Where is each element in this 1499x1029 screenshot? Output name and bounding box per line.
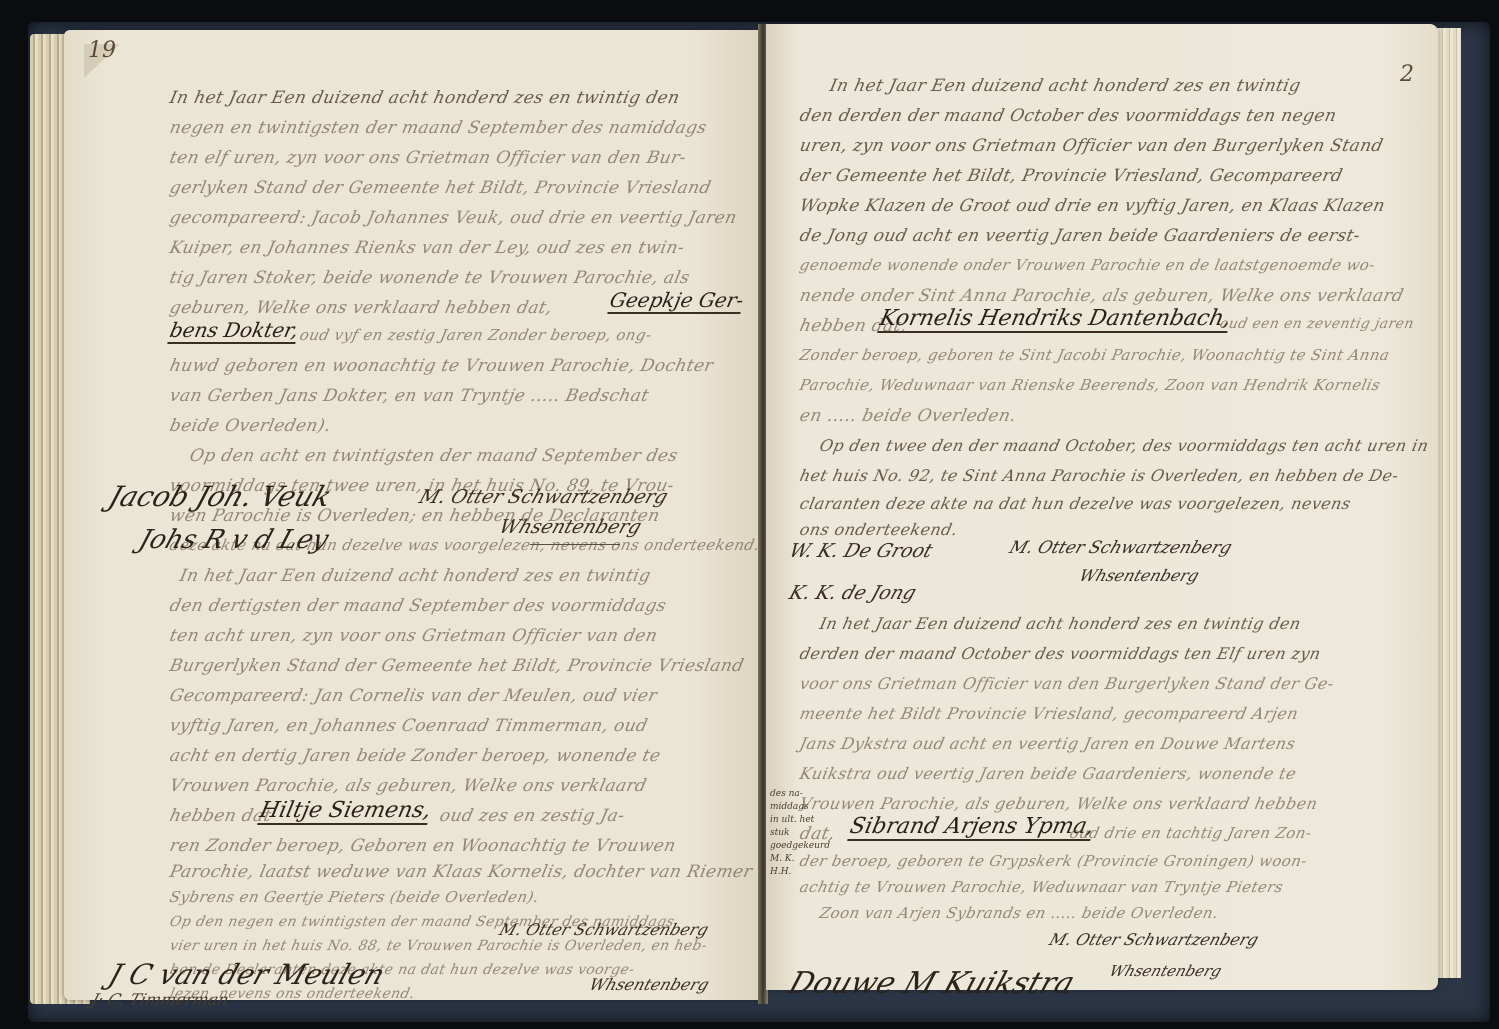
- text-line: gerlyken Stand der Gemeente het Bildt, P…: [168, 178, 713, 198]
- text-line: der Gemeente het Bildt, Provincie Vriesl…: [798, 166, 1345, 186]
- text-line: nende onder Sint Anna Parochie, als gebu…: [798, 286, 1406, 306]
- text-line: Vrouwen Parochie, als geburen, Welke ons…: [168, 776, 649, 796]
- official-signature: M. Otter Schwartzenberg: [1047, 930, 1261, 949]
- text-line: Op den acht en twintigsten der maand Sep…: [188, 446, 680, 466]
- text-line: negen en twintigsten der maand September…: [168, 118, 709, 138]
- margin-note-line: goedgekeurd: [770, 840, 818, 853]
- deceased-name: Geepkje Ger-: [607, 288, 746, 314]
- text-line: tig Jaren Stoker, beide wonende te Vrouw…: [168, 268, 692, 288]
- text-line: oud vyf en zestig Jaren Zonder beroep, o…: [298, 326, 653, 344]
- text-line: huwd geboren en woonachtig te Vrouwen Pa…: [168, 356, 715, 376]
- deceased-name: Hiltje Siemens,: [257, 798, 433, 825]
- deceased-name: Sibrand Arjens Ypma,: [847, 814, 1096, 841]
- witness-signature: Johs R v d Ley: [135, 525, 332, 555]
- text-line: Parochie, laatst weduwe van Klaas Kornel…: [168, 862, 754, 882]
- official-signature: Whsentenberg: [1107, 962, 1224, 980]
- text-line: ren Zonder beroep, Geboren en Woonachtig…: [168, 836, 678, 856]
- text-line: beide Overleden).: [168, 416, 333, 436]
- text-line: vyftig Jaren, en Johannes Coenraad Timme…: [168, 716, 650, 736]
- text-line: Sybrens en Geertje Pieters (beide Overle…: [168, 888, 541, 906]
- text-line: den derden der maand October des voormid…: [798, 106, 1339, 126]
- text-line: van Gerben Jans Dokter, en van Tryntje .…: [168, 386, 651, 406]
- witness-signature: W. K. De Groot: [786, 540, 935, 562]
- text-line: Zonder beroep, geboren te Sint Jacobi Pa…: [798, 346, 1391, 364]
- signature-underline: [530, 544, 620, 545]
- text-line: de Jong oud acht en veertig Jaren beide …: [798, 226, 1362, 246]
- text-line: In het Jaar Een duizend acht honderd zes…: [828, 76, 1303, 96]
- witness-signature: K. K. de Jong: [786, 582, 919, 604]
- text-line: geburen, Welke ons verklaard hebben dat,: [168, 298, 554, 318]
- margin-note-line: H.H.: [770, 866, 818, 879]
- text-line: voor ons Grietman Officier van den Burge…: [798, 674, 1336, 693]
- text-line: genoemde wonende onder Vrouwen Parochie …: [798, 256, 1377, 274]
- text-line: het huis No. 92, te Sint Anna Parochie i…: [798, 466, 1400, 485]
- text-line: ons onderteekend.: [798, 520, 960, 539]
- official-signature: Whsentenberg: [1077, 566, 1202, 585]
- text-line: Kuiper, en Johannes Rienks van der Ley, …: [168, 238, 686, 258]
- margin-note-line: stuk: [770, 827, 818, 840]
- margin-note-line: middags: [770, 801, 818, 814]
- text-line: uren, zyn voor ons Grietman Officier van…: [798, 136, 1385, 156]
- text-line: Gecompareerd: Jan Cornelis van der Meule…: [168, 686, 659, 706]
- text-line: Jans Dykstra oud acht en veertig Jaren e…: [798, 734, 1297, 753]
- official-signature: M. Otter Schwartzenberg: [416, 486, 670, 508]
- text-line: ten elf uren, zyn voor ons Grietman Offi…: [168, 148, 688, 168]
- text-line: Vrouwen Parochie, als geburen, Welke ons…: [798, 794, 1320, 813]
- deceased-name: bens Dokter,: [167, 318, 300, 344]
- text-line: In het Jaar Een duizend acht honderd zes…: [178, 566, 653, 586]
- text-line: gecompareerd: Jacob Johannes Veuk, oud d…: [168, 208, 739, 228]
- official-signature: Whsentenberg: [587, 975, 712, 994]
- text-line: claranten deze akte na dat hun dezelve w…: [798, 494, 1353, 513]
- text-line: In het Jaar Een duizend acht honderd zes…: [818, 614, 1303, 633]
- text-line: der beroep, geboren te Grypskerk (Provin…: [798, 852, 1309, 870]
- margin-note-line: des na-: [770, 788, 818, 801]
- official-signature: Whsentenberg: [496, 516, 644, 538]
- text-line: oud zes en zestig Ja-: [438, 806, 627, 826]
- text-line: derden der maand October des voormiddags…: [798, 644, 1323, 663]
- text-line: vier uren in het huis No. 88, te Vrouwen…: [168, 938, 708, 954]
- text-line: In het Jaar Een duizend acht honderd zes…: [168, 88, 682, 108]
- text-line: achtig te Vrouwen Parochie, Weduwnaar va…: [798, 878, 1285, 896]
- witness-signature: J: C. Timmerman: [89, 990, 232, 1009]
- text-line: Burgerlyken Stand der Gemeente het Bildt…: [168, 656, 746, 676]
- margin-annotation: des na- middags in ult. het stuk goedgek…: [770, 788, 818, 879]
- witness-signature: J C van der Meulen: [105, 958, 389, 991]
- text-line: Kuikstra oud veertig Jaren beide Gaarden…: [798, 764, 1298, 783]
- text-line: meente het Bildt Provincie Vriesland, ge…: [798, 704, 1300, 723]
- text-line: Parochie, Weduwnaar van Rienske Beerends…: [798, 376, 1382, 394]
- text-line: den dertigsten der maand September des v…: [168, 596, 668, 616]
- text-line: ten acht uren, zyn voor ons Grietman Off…: [168, 626, 659, 646]
- margin-note-line: in ult. het: [770, 814, 818, 827]
- page-number-left: 19: [88, 38, 116, 63]
- margin-note-line: M. K.: [770, 853, 818, 866]
- text-line: Wopke Klazen de Groot oud drie en vyftig…: [798, 196, 1387, 216]
- text-line: Zoon van Arjen Sybrands en ..... beide O…: [818, 904, 1220, 922]
- text-line: en ..... beide Overleden.: [798, 406, 1018, 426]
- official-signature: M. Otter Schwartzenberg: [497, 920, 711, 939]
- witness-signature: Jacob Joh. Veuk: [105, 480, 336, 513]
- deceased-name: Kornelis Hendriks Dantenbach,: [877, 306, 1233, 333]
- page-number-right: 2: [1400, 62, 1414, 87]
- text-line: oud een en zeventig jaren: [1218, 316, 1415, 332]
- official-signature: M. Otter Schwartzenberg: [1007, 538, 1235, 558]
- witness-signature: Douwe M Kuikstra: [784, 966, 1079, 1001]
- text-line: acht en dertig Jaren beide Zonder beroep…: [168, 746, 663, 766]
- text-line: Op den twee den der maand October, des v…: [818, 436, 1431, 455]
- text-line: oud drie en tachtig Jaren Zon-: [1068, 824, 1313, 842]
